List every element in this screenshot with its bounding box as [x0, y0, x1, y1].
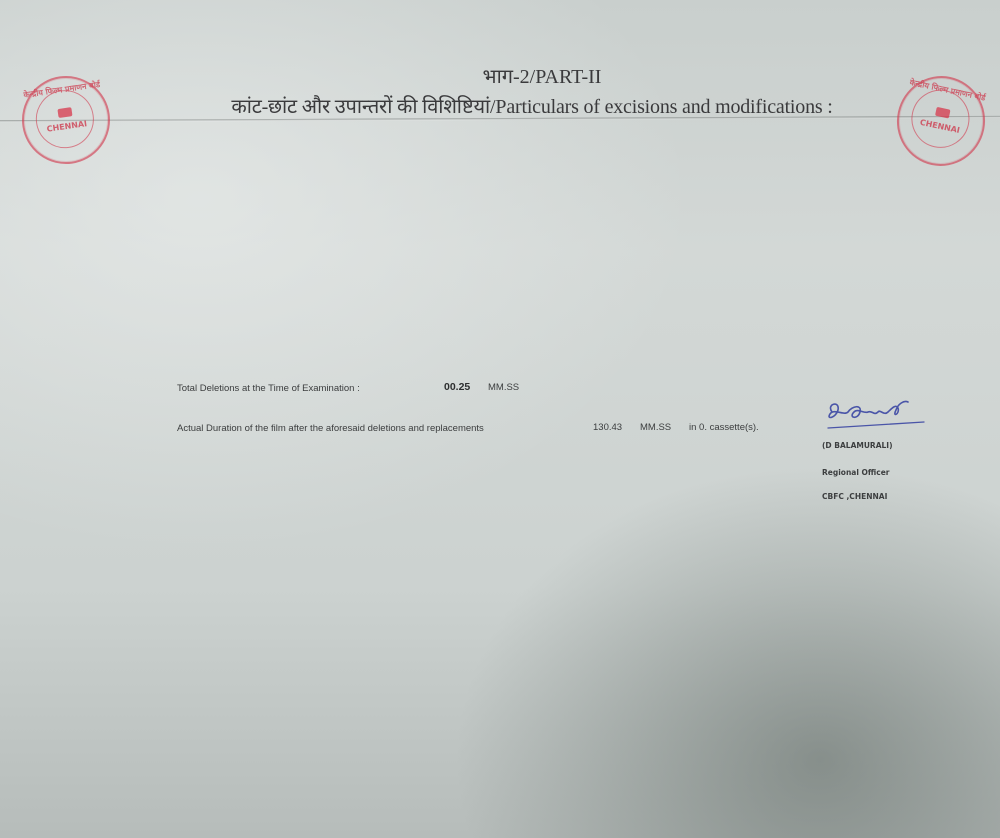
total-deletions-unit: MM.SS [488, 382, 519, 393]
total-deletions-label: Total Deletions at the Time of Examinati… [177, 383, 360, 394]
actual-duration-unit: MM.SS [640, 422, 671, 433]
signatory-name: (D BALAMURALI) [822, 441, 893, 450]
certificate-page: केन्द्रीय फिल्म प्रमाणन बोर्ड CHENNAI के… [0, 0, 1000, 838]
part-heading: भाग-2/PART-II [42, 62, 1000, 89]
total-deletions-value: 00.25 [444, 381, 470, 393]
signatory-title: Regional Officer [822, 468, 890, 477]
actual-duration-label: Actual Duration of the film after the af… [177, 423, 484, 434]
cassette-count-text: in 0. cassette(s). [689, 422, 759, 433]
actual-duration-value: 130.43 [593, 422, 622, 433]
stamp-center-text: CHENNAI [25, 116, 109, 137]
signatory-office: CBFC ,CHENNAI [822, 492, 887, 501]
signature-icon [818, 398, 928, 436]
section-subtitle: कांट-छांट और उपान्तरों की विशिष्टियां/Pa… [32, 92, 1000, 119]
